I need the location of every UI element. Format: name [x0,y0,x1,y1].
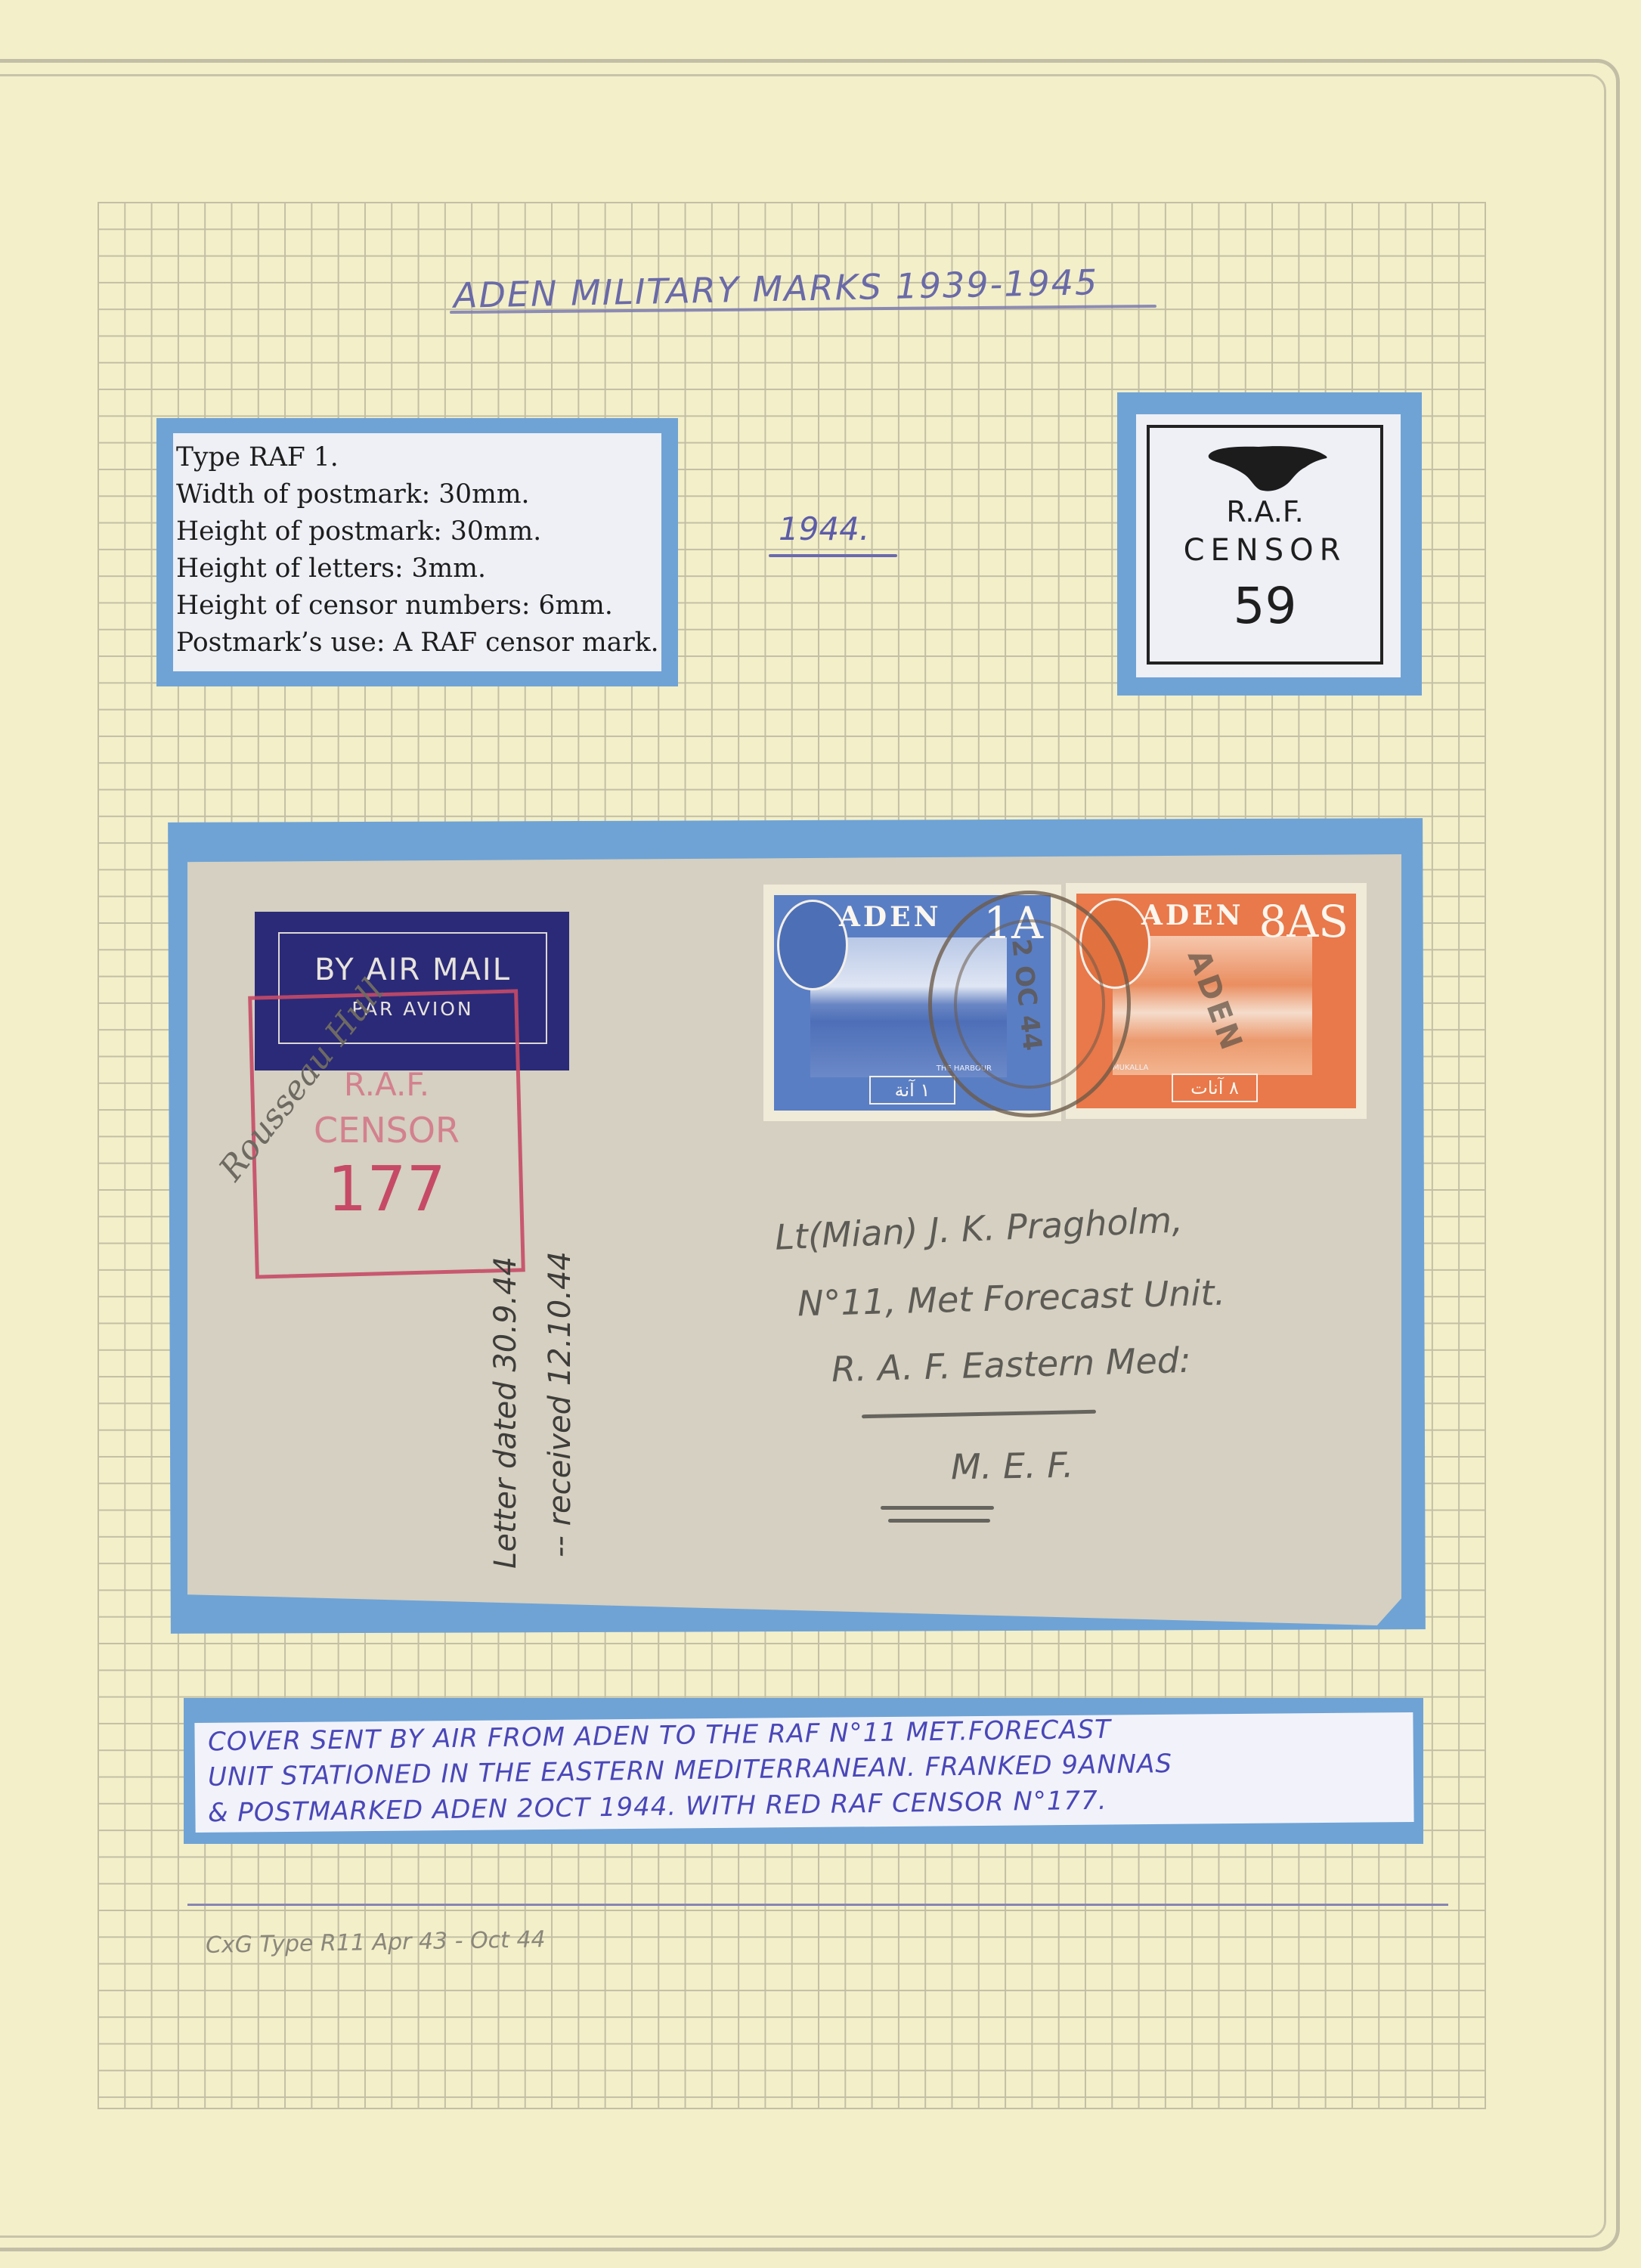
info-height: Height of postmark: 30mm. [176,513,659,550]
stamp-value: 8AS [1259,900,1348,943]
separator-line [187,1904,1448,1906]
received-note: -- received 12.10.44 [543,1251,577,1557]
letter-dated-note: Letter dated 30.9.44 [488,1256,523,1569]
stamp-arabic-value: ٨ آنات [1172,1074,1258,1102]
info-card-text: Type RAF 1. Width of postmark: 30mm. Hei… [176,439,659,661]
censor-illustration-number: 59 [1147,577,1383,635]
stamp-country: ADEN [839,901,942,933]
info-letter-height: Height of letters: 3mm. [176,550,659,587]
address-underline [888,1519,990,1523]
year-underline [769,554,897,557]
censor-illustration-raf: R.A.F. [1147,495,1383,528]
year-label: 1944. [779,510,869,547]
address-line-4: M. E. F. [951,1445,1074,1488]
red-censor-number: 177 [252,1154,522,1225]
airmail-label-english: BY AIR MAIL [278,953,547,987]
king-portrait-icon [777,900,848,990]
address-underline [881,1506,994,1510]
eagle-icon [1206,445,1330,494]
info-number-height: Height of censor numbers: 6mm. [176,587,659,624]
stamp-caption: MUKALLA [1113,1064,1148,1072]
stamp-arabic-value: ١ آنة [869,1076,955,1105]
info-width: Width of postmark: 30mm. [176,476,659,513]
info-type: Type RAF 1. [176,439,659,476]
stamp-country: ADEN [1141,900,1244,931]
censor-illustration-censor: CENSOR [1147,533,1383,568]
info-use: Postmark’s use: A RAF censor mark. [176,624,659,661]
